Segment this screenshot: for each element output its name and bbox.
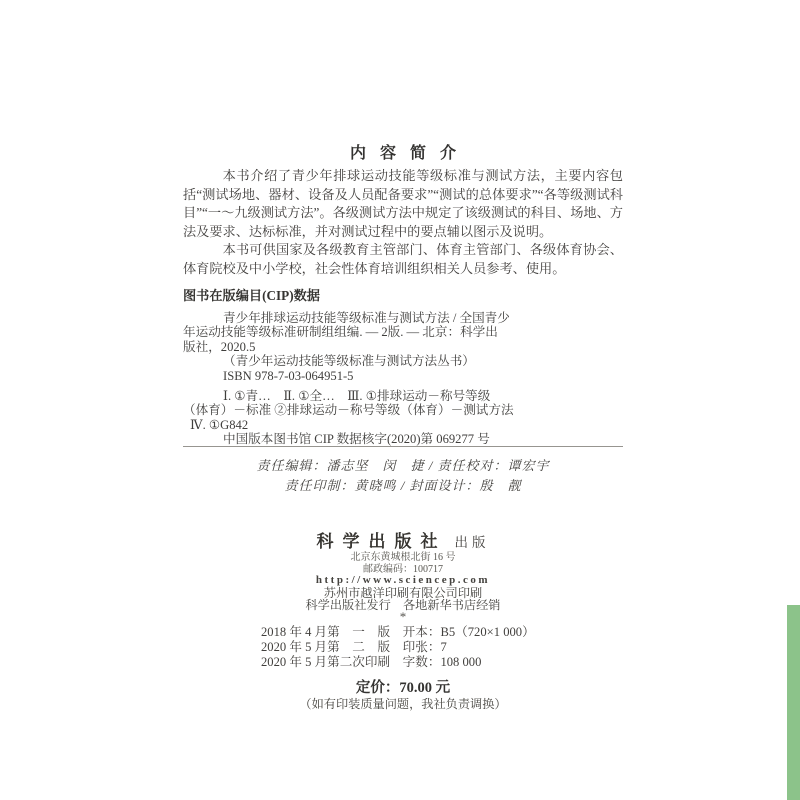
edition-line-first: 2018 年 4 月第 一 版 开本：B5（720×1 000）: [261, 625, 623, 640]
edition-colophon: 2018 年 4 月第 一 版 开本：B5（720×1 000） 2020 年 …: [183, 625, 623, 671]
credits-line-print-design: 责任印制：黄晓鸣 / 封面设计：殷 靓: [183, 476, 623, 496]
cip-series-line: （青少年运动技能等级标准与测试方法丛书）: [183, 354, 623, 369]
publisher-publish-label: 出版: [455, 535, 490, 550]
credits-line-editors: 责任编辑：潘志坚 闵 捷 / 责任校对：谭宏宇: [183, 456, 623, 476]
horizontal-divider: [183, 446, 623, 447]
cip-class-line: （体育）－标准 ②排球运动－称号等级（体育）－测试方法: [183, 403, 623, 418]
cip-header: 图书在版编目(CIP)数据: [183, 289, 623, 304]
intro-section: 本书介绍了青少年排球运动技能等级标准与测试方法，主要内容包括“测试场地、器材、设…: [183, 167, 623, 279]
edition-line-second: 2020 年 5 月第 二 版 印张：7: [261, 640, 623, 655]
credits-block: 责任编辑：潘志坚 闵 捷 / 责任校对：谭宏宇 责任印制：黄晓鸣 / 封面设计：…: [183, 456, 623, 496]
cip-class-line: Ⅰ. ①青… Ⅱ. ①全… Ⅲ. ①排球运动－称号等级: [183, 389, 623, 404]
asterisk-separator: *: [183, 609, 623, 625]
publisher-logo: 科学出版社: [317, 532, 447, 551]
publisher-address: 北京东黄城根北街 16 号: [183, 552, 623, 564]
intro-paragraph-2: 本书可供国家及各级教育主管部门、体育主管部门、各级体育协会、体育院校及中小学校，…: [183, 241, 623, 278]
intro-title: 内容简介: [183, 140, 623, 163]
publisher-logo-line: 科学出版社 出版: [183, 532, 623, 552]
cover-edge-green-bar: [787, 605, 800, 800]
cip-isbn-line: ISBN 978-7-03-064951-5: [183, 369, 623, 384]
cip-record-line: 版社，2020.5: [183, 340, 623, 355]
publisher-block: 科学出版社 出版 北京东黄城根北街 16 号 邮政编码：100717 http:…: [183, 532, 623, 612]
intro-paragraph-1: 本书介绍了青少年排球运动技能等级标准与测试方法，主要内容包括“测试场地、器材、设…: [183, 167, 623, 241]
cip-record-line: 青少年排球运动技能等级标准与测试方法 / 全国青少: [183, 311, 623, 326]
cip-class-line: Ⅳ. ①G842: [183, 418, 623, 433]
cip-block: 图书在版编目(CIP)数据 青少年排球运动技能等级标准与测试方法 / 全国青少 …: [183, 289, 623, 447]
quality-notice: （如有印装质量问题，我社负责调换）: [183, 695, 623, 712]
publisher-url: http://www.sciencep.com: [183, 575, 623, 587]
edition-line-print: 2020 年 5 月第二次印刷 字数：108 000: [261, 655, 623, 670]
book-copyright-page: 内容简介 本书介绍了青少年排球运动技能等级标准与测试方法，主要内容包括“测试场地…: [0, 0, 800, 800]
price-line: 定价：70.00 元: [183, 676, 623, 697]
cip-record-line: 年运动技能等级标准研制组组编. — 2版. — 北京：科学出: [183, 325, 623, 340]
cip-registry-line: 中国版本图书馆 CIP 数据核字(2020)第 069277 号: [183, 432, 623, 447]
